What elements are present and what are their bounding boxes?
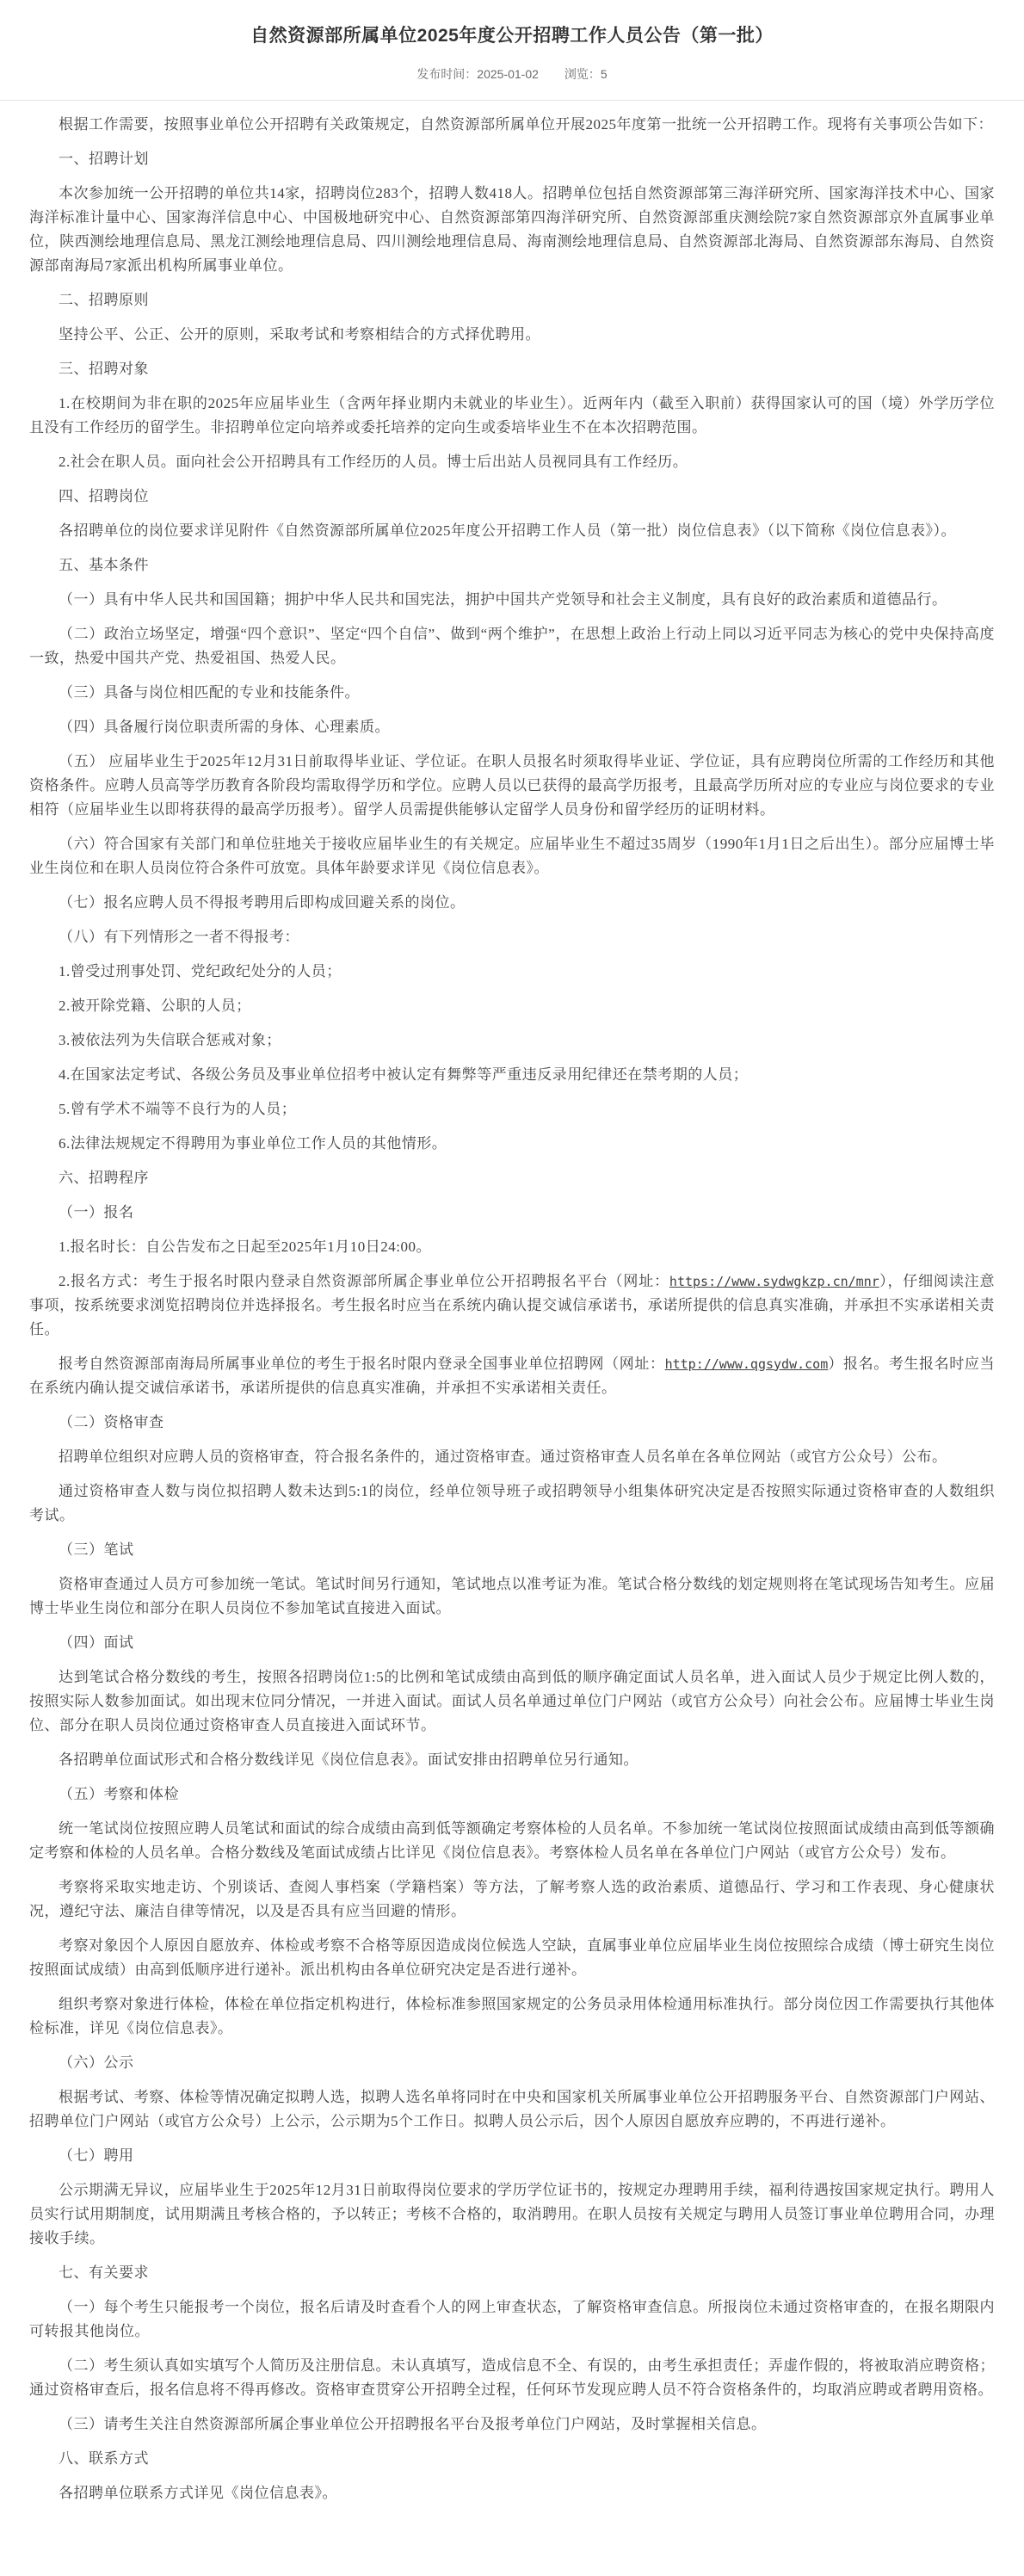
section-heading: （三）笔试 [29,1538,995,1562]
section-heading: 六、招聘程序 [29,1166,995,1190]
paragraph: 各招聘单位面试形式和合格分数线详见《岗位信息表》。面试安排由招聘单位另行通知。 [29,1748,995,1772]
section-heading: 二、招聘原则 [29,288,995,312]
paragraph: 资格审查通过人员方可参加统一笔试。笔试时间另行通知，笔试地点以准考证为准。笔试合… [29,1572,995,1621]
paragraph: 公示期满无异议，应届毕业生于2025年12月31日前取得岗位要求的学历学位证书的… [29,2178,995,2251]
doc-meta: 发布时间：2025-01-02浏览：5 [34,65,990,83]
section-heading: （一）报名 [29,1201,995,1225]
section-heading: 一、招聘计划 [29,147,995,171]
paragraph: （三）请考生关注自然资源部所属企事业单位公开招聘报名平台及报考单位门户网站，及时… [29,2412,995,2437]
section-heading: 八、联系方式 [29,2447,995,2471]
announcement-page: 自然资源部所属单位2025年度公开招聘工作人员公告（第一批） 发布时间：2025… [0,0,1024,2576]
paragraph: 组织考察对象进行体检，体检在单位指定机构进行，体检标准参照国家规定的公务员录用体… [29,1992,995,2041]
section-heading: （二）资格审查 [29,1411,995,1435]
paragraph: 坚持公平、公正、公开的原则，采取考试和考察相结合的方式择优聘用。 [29,323,995,347]
paragraph: （一）每个考生只能报考一个岗位，报名后请及时查看个人的网上审查状态，了解资格审查… [29,2295,995,2344]
paragraph: 统一笔试岗位按照应聘人员笔试和面试的综合成绩由高到低等额确定考察体检的人员名单。… [29,1817,995,1865]
section-heading: （四）面试 [29,1631,995,1655]
views-count: 5 [601,67,608,81]
paragraph: 2.社会在职人员。面向社会公开招聘具有工作经历的人员。博士后出站人员视同具有工作… [29,450,995,474]
paragraph: （四）具备履行岗位职责所需的身体、心理素质。 [29,715,995,739]
paragraph: （一）具有中华人民共和国国籍；拥护中华人民共和国宪法，拥护中国共产党领导和社会主… [29,588,995,612]
paragraph: （七）报名应聘人员不得报考聘用后即构成回避关系的岗位。 [29,891,995,915]
section-heading: 三、招聘对象 [29,357,995,381]
paragraph: 4.在国家法定考试、各级公务员及事业单位招考中被认定有舞弊等严重违反录用纪律还在… [29,1063,995,1087]
section-heading: 五、基本条件 [29,553,995,578]
paragraph: 3.被依法列为失信联合惩戒对象； [29,1029,995,1053]
paragraph: 各招聘单位联系方式详见《岗位信息表》。 [29,2481,995,2505]
paragraph: 报考自然资源部南海局所属事业单位的考生于报名时限内登录全国事业单位招聘网（网址：… [29,1352,995,1400]
paragraph: （五） 应届毕业生于2025年12月31日前取得毕业证、学位证。在职人员报名时须… [29,750,995,822]
publish-time-label: 发布时间： [416,67,477,81]
section-heading: 四、招聘岗位 [29,485,995,509]
paragraph: （六）符合国家有关部门和单位驻地关于接收应届毕业生的有关规定。应届毕业生不超过3… [29,832,995,880]
paragraph: 1.在校期间为非在职的2025年应届毕业生（含两年择业期内未就业的毕业生）。近两… [29,392,995,440]
paragraph: 根据考试、考察、体检等情况确定拟聘人选，拟聘人选名单将同时在中央和国家机关所属事… [29,2085,995,2134]
paragraph: 2.被开除党籍、公职的人员； [29,994,995,1018]
paragraph: 1.报名时长：自公告发布之日起至2025年1月10日24:00。 [29,1235,995,1259]
doc-header: 自然资源部所属单位2025年度公开招聘工作人员公告（第一批） 发布时间：2025… [0,0,1024,101]
paragraph: 各招聘单位的岗位要求详见附件《自然资源部所属单位2025年度公开招聘工作人员（第… [29,519,995,543]
section-heading: （七）聘用 [29,2144,995,2168]
paragraph: 通过资格审查人数与岗位拟招聘人数未达到5:1的岗位，经单位领导班子或招聘领导小组… [29,1480,995,1528]
paragraph: （八）有下列情形之一者不得报考： [29,925,995,949]
section-heading: （六）公示 [29,2051,995,2075]
paragraph: 2.报名方式：考生于报名时限内登录自然资源部所属企事业单位公开招聘报名平台（网址… [29,1269,995,1342]
paragraph: 考察对象因个人原因自愿放弃、体检或考察不合格等原因造成岗位候选人空缺，直属事业单… [29,1934,995,1982]
page-title: 自然资源部所属单位2025年度公开招聘工作人员公告（第一批） [34,22,990,50]
paragraph: 6.法律法规规定不得聘用为事业单位工作人员的其他情形。 [29,1132,995,1156]
recruit-platform-link[interactable]: https://www.sydwgkzp.cn/mnr [669,1274,879,1289]
paragraph: （二）政治立场坚定，增强“四个意识”、坚定“四个自信”、做到“两个维护”，在思想… [29,622,995,670]
qgsydw-link[interactable]: http://www.qgsydw.com [665,1356,829,1372]
paragraph: 1.曾受过刑事处罚、党纪政纪处分的人员； [29,960,995,984]
paragraph: 本次参加统一公开招聘的单位共14家，招聘岗位283个，招聘人数418人。招聘单位… [29,182,995,278]
paragraph: 招聘单位组织对应聘人员的资格审查，符合报名条件的，通过资格审查。通过资格审查人员… [29,1445,995,1469]
section-heading: （五）考察和体检 [29,1782,995,1807]
paragraph: （三）具备与岗位相匹配的专业和技能条件。 [29,681,995,705]
views-label: 浏览： [564,67,601,81]
announcement-body: 根据工作需要，按照事业单位公开招聘有关政策规定，自然资源部所属单位开展2025年… [0,101,1024,2576]
paragraph: 根据工作需要，按照事业单位公开招聘有关政策规定，自然资源部所属单位开展2025年… [29,113,995,137]
section-heading: 七、有关要求 [29,2261,995,2285]
paragraph: 5.曾有学术不端等不良行为的人员； [29,1097,995,1121]
paragraph: 考察将采取实地走访、个别谈话、查阅人事档案（学籍档案）等方法，了解考察人选的政治… [29,1875,995,1924]
paragraph: 达到笔试合格分数线的考生，按照各招聘岗位1:5的比例和笔试成绩由高到低的顺序确定… [29,1665,995,1738]
paragraph: （二）考生须认真如实填写个人简历及注册信息。未认真填写，造成信息不全、有误的，由… [29,2354,995,2402]
publish-time-value: 2025-01-02 [477,67,539,81]
